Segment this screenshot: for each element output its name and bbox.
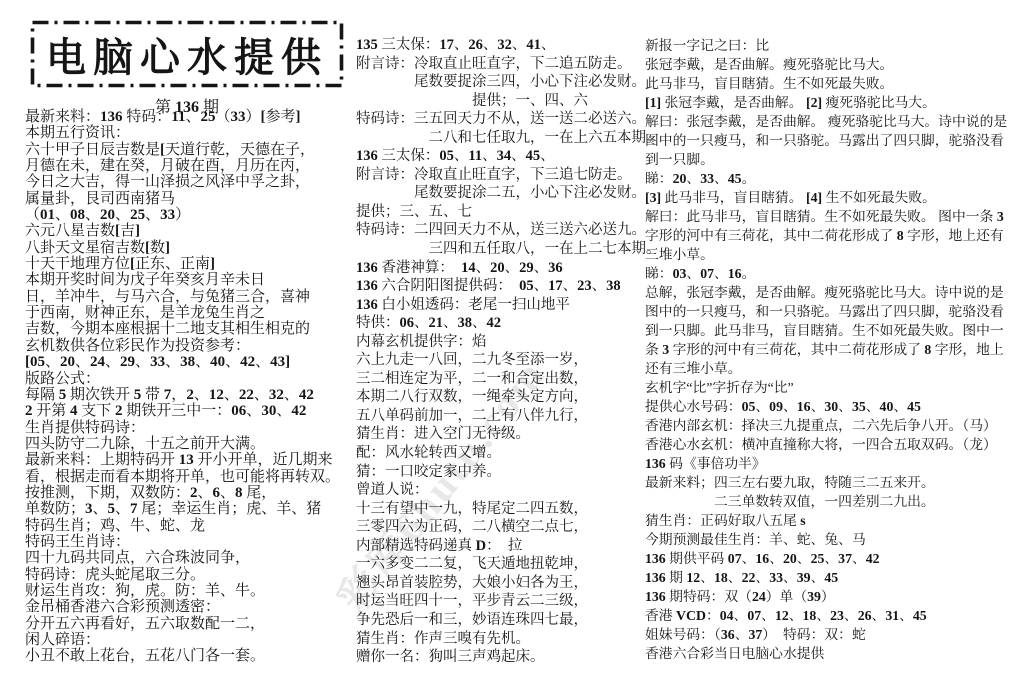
text-line: 136 期供平码 07、16、20、25、37、42	[645, 549, 1023, 568]
text-line: 猜生肖：正码好取八五尾 s	[645, 511, 1023, 530]
text-line: 五八单码前加一，二上有八伴九行，	[356, 407, 656, 426]
text-line: 八卦天文星宿吉数[数]	[25, 240, 355, 256]
text-line: 特供：06、21、38、42	[356, 314, 656, 333]
column-right: 新报一字记之曰：比张冠李戴，是否曲解。瘦死骆驼比马大。此马非马，盲目瞎猜。生不如…	[645, 36, 1023, 663]
title-box: 电脑心水提供	[30, 20, 344, 88]
column-left: 最新来料：136 特码：11、25（33）[参考]本期五行资讯：六十甲子日辰吉数…	[25, 109, 355, 665]
text-line: 本期五行资讯：	[25, 125, 355, 141]
text-line: 到一只脚。此马非马，盲目瞎猜。生不如死最失败。图中一	[645, 321, 1023, 340]
text-line: 136 码《事倍功半》	[645, 454, 1023, 473]
text-line: 六元八星吉数[吉]	[25, 223, 355, 239]
page-title: 电脑心水提供	[30, 20, 344, 88]
text-line: 闲人碎语：	[25, 632, 355, 648]
text-line: 一六多变二二复，飞天遁地扭乾坤，	[356, 555, 656, 574]
text-line: 2 开第 4 支下 2 期铁开三中一：06、30、42	[25, 403, 355, 419]
text-line: 张冠李戴，是否曲解。瘦死骆驼比马大。	[645, 55, 1023, 74]
text-line: 内幕玄机提供字：焰	[356, 333, 656, 352]
text-line: 睇：03、07、16。	[645, 264, 1023, 283]
text-line: 生肖提供特码诗：	[25, 420, 355, 436]
text-line: 姐妹号码：（36、37） 特码：双：蛇	[645, 625, 1023, 644]
text-line: 三零四六为正码，二八横空二点七，	[356, 518, 656, 537]
text-line: 香港六合彩当日电脑心水提供	[645, 644, 1023, 663]
text-line: 提供；三、五、七	[356, 203, 656, 222]
text-line: 配：风水轮转西又增。	[356, 444, 656, 463]
text-line: 提供心水号码：05、09、16、30、35、40、45	[645, 397, 1023, 416]
column-middle: 135 三太保：17、26、32、41、附言诗：冷取直止旺直字，下二追五防走。 …	[356, 36, 656, 667]
text-line: 香港内部玄机：择决三九提重点，二六先后争八开。（马）	[645, 416, 1023, 435]
text-line: 争先恐后一和三，妙语连珠四七最，	[356, 611, 656, 630]
text-line: 最新来料：136 特码：11、25（33）[参考]	[25, 109, 355, 125]
text-line: 尾数要捉涂二五，小心下注必发财。	[356, 184, 656, 203]
text-line: 月德在未，建在癸，月破在酉，月历在丙，	[25, 158, 355, 174]
text-line: 内部精选特码递真 D： 拉	[356, 537, 656, 556]
text-line: 附言诗：冷取直止旺直字，下二追五防走。	[356, 55, 656, 74]
text-line: 分开五六再看好，五六取数配一二，	[25, 616, 355, 632]
text-line: 曾道人说：	[356, 481, 656, 500]
text-line: 今期预测最佳生肖：羊、蛇、兔、马	[645, 530, 1023, 549]
text-line: [05、20、24、29、33、38、40、42、43]	[25, 354, 355, 370]
text-line: 猜：一口咬定家中养。	[356, 463, 656, 482]
text-line: 图中的一只瘦马，和一只骆驼。马露出了四只脚，驼骆没看	[645, 131, 1023, 150]
text-line: 条 3 字形的河中有三荷花，其中二荷花形成了 8 字形，地上	[645, 340, 1023, 359]
text-line: 136 香港神算： 14、20、29、36	[356, 259, 656, 278]
text-line: 最新来料：上期特码开 13 开小开单，近几期来	[25, 452, 355, 468]
text-line: 特码王生肖诗：	[25, 534, 355, 550]
text-line: 特码生肖；鸡、牛、蛇、龙	[25, 518, 355, 534]
text-line: 附言诗：冷取直止旺直字，下三追七防走。	[356, 166, 656, 185]
text-line: 尾数要捉涂三四，小心下注必发财。	[356, 73, 656, 92]
text-line: 最新来料；四三左右要九取，特随三二五来开。	[645, 473, 1023, 492]
text-line: 三四和五任取八，一在上二七本期。	[356, 240, 656, 259]
text-line: 玄机字“比”字折存为“比”	[645, 378, 1023, 397]
text-line: 六十甲子日辰吉数是[天道行乾，天德在子，	[25, 142, 355, 158]
text-line: 翘头昂首装腔势，大娘小妇各为王，	[356, 574, 656, 593]
text-line: 特码诗：三五回天力不从，送一送二必送六。	[356, 110, 656, 129]
text-line: 十天干地理方位[正东、正南]	[25, 256, 355, 272]
text-line: 六上九走一八回，二九冬至添一岁，	[356, 351, 656, 370]
text-line: 属量卦，艮司西南猪马	[25, 191, 355, 207]
text-line: 四十九码共同点，六合珠波同争，	[25, 550, 355, 566]
text-line: 特码诗：二四回天力不从，送三送六必送九。	[356, 221, 656, 240]
text-line: 总解，张冠李戴，是否曲解。瘦死骆驼比马大。诗中说的是	[645, 283, 1023, 302]
text-line: 版路公式：	[25, 371, 355, 387]
text-line: 猜生肖：作声三嗅有先机。	[356, 630, 656, 649]
lottery-tip-sheet: 电脑心水提供 第 136 期 彩库6hutu.com 最新来料：136 特码：1…	[0, 0, 1024, 686]
text-line: 135 三太保：17、26、32、41、	[356, 36, 656, 55]
text-line: 于西南，财神正东，是羊龙兔生肖之	[25, 305, 355, 321]
text-line: 136 三太保：05、11、34、45、	[356, 147, 656, 166]
text-line: 财运生肖攻：狗，虎。防：羊、牛。	[25, 583, 355, 599]
text-line: 单数防；3、5、7 尾；幸运生肖；虎、羊、猪	[25, 501, 355, 517]
text-line: 本期开奖时间为戊子年癸亥月辛未日	[25, 272, 355, 288]
text-line: 还有三堆小草。	[645, 359, 1023, 378]
text-line: 136 六合阴阳图提供码： 05、17、23、38	[356, 277, 656, 296]
text-line: 特码诗：虎头蛇尾取三分。	[25, 567, 355, 583]
text-line: 吉数，今期本座根据十二地支其相生相克的	[25, 321, 355, 337]
text-line: 二八和七任取九，一在上六五本期。	[356, 129, 656, 148]
text-line: 提供；一、四、六	[356, 92, 656, 111]
text-line: 香港 VCD：04、07、12、18、23、26、31、45	[645, 606, 1023, 625]
text-line: 三二相连定为平，二一和合定出数，	[356, 370, 656, 389]
text-line: 玄机数供各位彩民作为投资参考：	[25, 338, 355, 354]
text-line: 136 期特码：双（24）单（39）	[645, 587, 1023, 606]
text-line: 猜生肖：进入空门无待级。	[356, 425, 656, 444]
text-line: 字形的河中有三荷花，其中二荷花形成了 8 字形，地上还有	[645, 226, 1023, 245]
text-line: 每隔 5 期次铁开 5 带 7，2、12、22、32、42	[25, 387, 355, 403]
text-line: 二三单数转双值，一四差别二九出。	[645, 492, 1023, 511]
text-line: 按推测，下期，双数防：2、6、8 尾，	[25, 485, 355, 501]
text-line: 金吊桶香港六合彩预测透密：	[25, 599, 355, 615]
text-line: [3] 此马非马，盲目瞎猜。 [4] 生不如死最失败。	[645, 188, 1023, 207]
text-line: [1] 张冠李戴，是否曲解。 [2] 瘦死骆驼比马大。	[645, 93, 1023, 112]
text-line: 香港心水玄机：横冲直撞称大将，一四合五取双码。（龙）	[645, 435, 1023, 454]
text-line: （01、08、20、25、33）	[25, 207, 355, 223]
text-line: 本期二八行双数，一绳牵头定方向，	[356, 388, 656, 407]
text-line: 三堆小草。	[645, 245, 1023, 264]
text-line: 睇：20、33、45。	[645, 169, 1023, 188]
text-line: 今日之大吉，得一山泽损之风泽中孚之卦，	[25, 174, 355, 190]
text-line: 此马非马，盲目瞎猜。生不如死最失败。	[645, 74, 1023, 93]
text-line: 图中的一只瘦马，和一只骆驼。马露出了四只脚，驼骆没看	[645, 302, 1023, 321]
text-line: 时运当旺四十一，平步青云二三级，	[356, 592, 656, 611]
text-line: 赠你一名：狗叫三声鸡起床。	[356, 648, 656, 667]
text-line: 136 期 12、18、22、33、39、45	[645, 568, 1023, 587]
text-line: 日，羊冲牛，与马六合，与兔猪三合，喜神	[25, 289, 355, 305]
text-line: 看，根据走而看本期将开单，也可能将再转双。	[25, 469, 355, 485]
text-line: 新报一字记之曰：比	[645, 36, 1023, 55]
text-line: 小丑不敢上花台，五花八门各一套。	[25, 648, 355, 664]
text-line: 十三有望中一九，特尾定二四五数，	[356, 500, 656, 519]
text-line: 解曰：张冠李戴，是否曲解。 瘦死骆驼比马大。诗中说的是	[645, 112, 1023, 131]
text-line: 四头防守二九除，十五之前开大满。	[25, 436, 355, 452]
text-line: 解曰：此马非马，盲目瞎猜。生不如死最失败。 图中一条 3	[645, 207, 1023, 226]
text-line: 136 白小姐透码：老尾一扫山地平	[356, 296, 656, 315]
text-line: 到一只脚。	[645, 150, 1023, 169]
